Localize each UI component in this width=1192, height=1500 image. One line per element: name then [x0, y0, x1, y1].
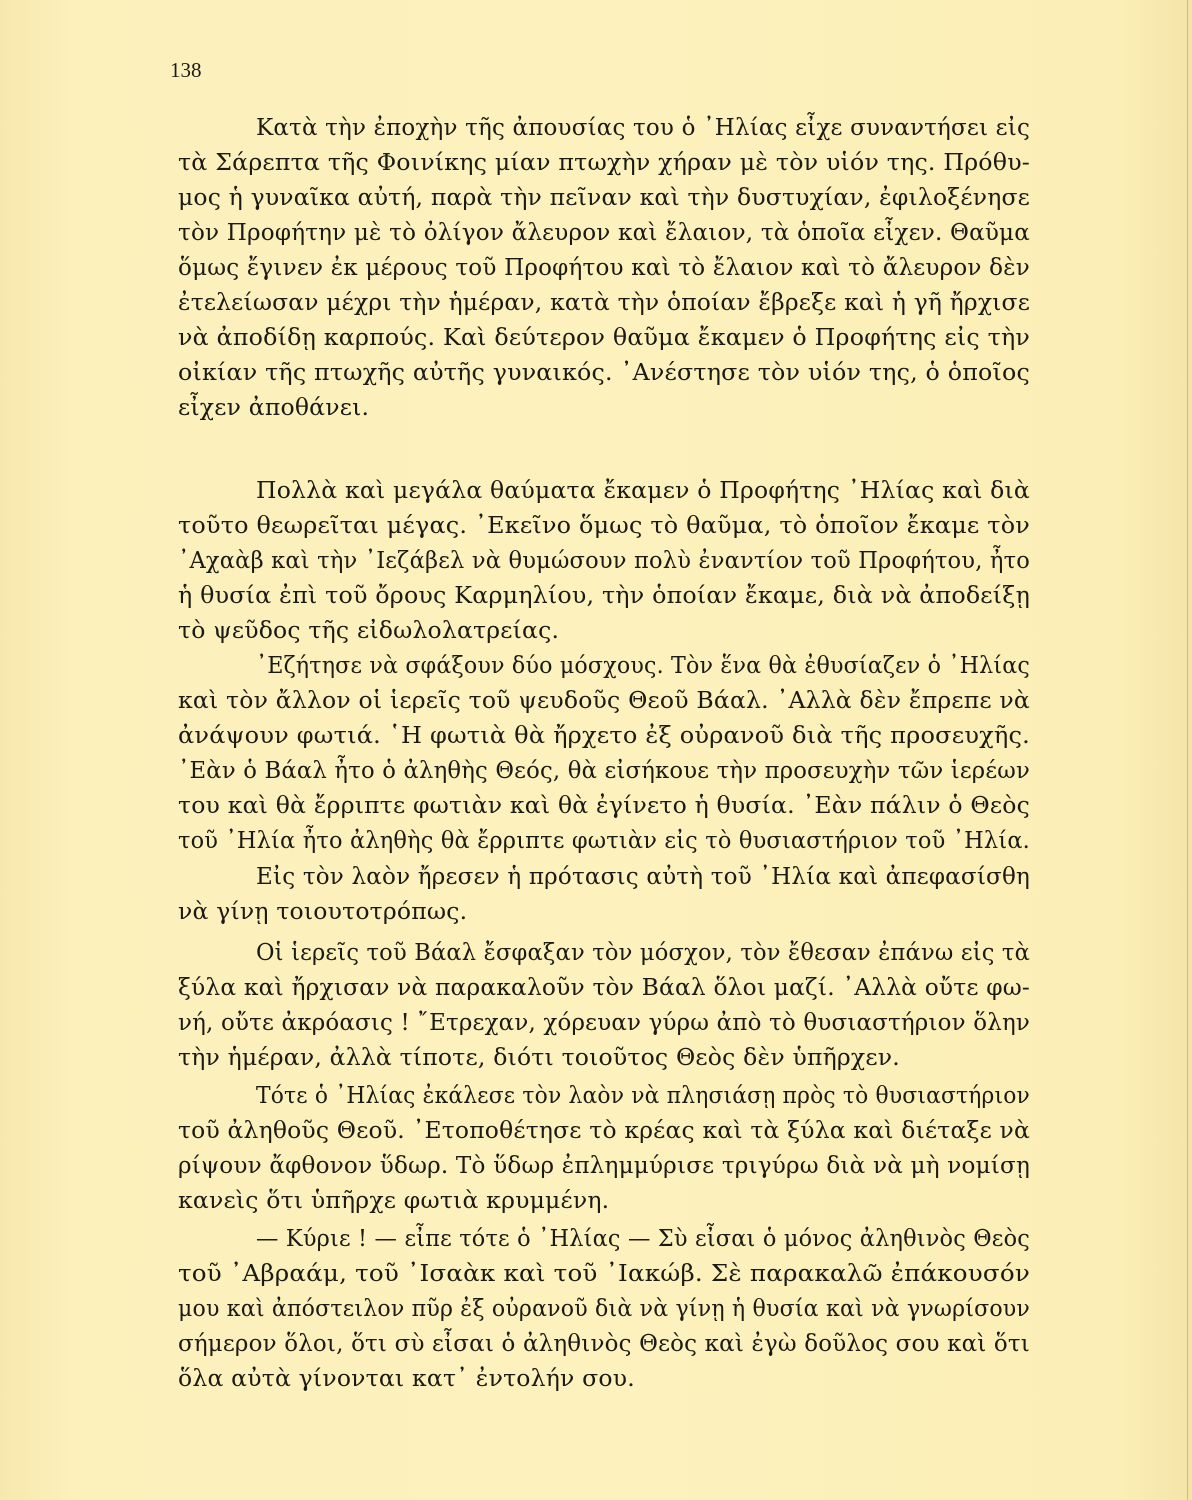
text-line: εἶχεν ἀποθάνει.: [178, 393, 369, 421]
text-line: καὶ τὸν ἄλλον οἱ ἱερεῖς τοῦ ψευδοῦς Θεοῦ…: [178, 686, 1030, 714]
text-line: Πολλὰ καὶ μεγάλα θαύματα ἔκαμεν ὁ Προφήτ…: [256, 476, 1030, 504]
page-edge-line: [1187, 0, 1188, 1500]
text-line: σήμερον ὅλοι, ὅτι σὺ εἶσαι ὁ ἀληθινὸς Θε…: [178, 1329, 1030, 1357]
text-line: ἐτελείωσαν μέχρι τὴν ἡμέραν, κατὰ τὴν ὁπ…: [178, 288, 1030, 316]
book-page: 138 Κατὰ τὴν ἐποχὴν τῆς ἀπουσίας του ὁ ᾿…: [0, 0, 1192, 1500]
text-line: τοῦ ᾿Αβραάμ, τοῦ ᾿Ισαὰκ καὶ τοῦ ᾿Ιακώβ. …: [178, 1259, 1030, 1287]
text-line: τοῦ ᾿Ηλία ἦτο ἀληθὴς θὰ ἔρριπτε φωτιὰν ε…: [178, 826, 1030, 854]
text-line: Κατὰ τὴν ἐποχὴν τῆς ἀπουσίας του ὁ ᾿Ηλία…: [256, 113, 1030, 141]
text-line: ὅλα αὐτὰ γίνονται κατ᾿ ἐντολήν σου.: [178, 1364, 635, 1392]
text-line: τοῦ ἀληθοῦς Θεοῦ. ᾿Ετοποθέτησε τὸ κρέας …: [178, 1116, 1030, 1144]
text-line: ξύλα καὶ ἤρχισαν νὰ παρακαλοῦν τὸν Βάαλ …: [178, 973, 1030, 1001]
text-line: Οἱ ἱερεῖς τοῦ Βάαλ ἔσφαξαν τὸν μόσχον, τ…: [256, 938, 1030, 966]
text-line: οἰκίαν τῆς πτωχῆς αὐτῆς γυναικός. ᾿Ανέστ…: [178, 358, 1030, 386]
page-number: 138: [170, 58, 202, 83]
text-line: τὸν Προφήτην μὲ τὸ ὀλίγον ἄλευρον καὶ ἔλ…: [178, 218, 1030, 246]
text-line: μου καὶ ἀπόστειλον πῦρ ἐξ οὐρανοῦ διὰ νὰ…: [178, 1294, 1030, 1322]
text-line: κανεὶς ὅτι ὑπῆρχε φωτιὰ κρυμμένη.: [178, 1186, 609, 1214]
text-line: νὰ ἀποδίδῃ καρπούς. Καὶ δεύτερον θαῦμα ἔ…: [178, 323, 1030, 351]
text-line: μος ἡ γυναῖκα αὐτή, παρὰ τὴν πεῖναν καὶ …: [178, 183, 1030, 211]
text-line: ᾿Αχαὰβ καὶ τὴν ᾿Ιεζάβελ νὰ θυμώσουν πολὺ…: [178, 546, 1030, 574]
text-line: Εἰς τὸν λαὸν ἤρεσεν ἡ πρότασις αὐτὴ τοῦ …: [256, 862, 1030, 890]
text-line: νή, οὔτε ἀκρόασις ! ῎Ετρεχαν, χόρευαν γύ…: [178, 1008, 1030, 1036]
text-line: ρίψουν ἄφθονον ὕδωρ. Τὸ ὕδωρ ἐπλημμύρισε…: [178, 1151, 1030, 1179]
text-line: τὸ ψεῦδος τῆς εἰδωλολατρείας.: [178, 616, 559, 644]
text-line: ὅμως ἔγινεν ἐκ μέρους τοῦ Προφήτου καὶ τ…: [178, 253, 1030, 281]
text-line: Τότε ὁ ᾿Ηλίας ἐκάλεσε τὸν λαὸν νὰ πλησιά…: [256, 1081, 1030, 1109]
text-line: ᾿Εὰν ὁ Βάαλ ἦτο ὁ ἀληθὴς Θεός, θὰ εἰσήκο…: [178, 756, 1030, 784]
text-line: τὰ Σάρεπτα τῆς Φοινίκης μίαν πτωχὴν χήρα…: [178, 148, 1030, 176]
text-line: τὴν ἡμέραν, ἀλλὰ τίποτε, διότι τοιοῦτος …: [178, 1043, 900, 1071]
text-line: νὰ γίνῃ τοιουτοτρόπως.: [178, 897, 467, 925]
text-line: ἡ θυσία ἐπὶ τοῦ ὄρους Καρμηλίου, τὴν ὁπο…: [178, 581, 1030, 609]
text-line: ἀνάψουν φωτιά. ῾Η φωτιὰ θὰ ἤρχετο ἐξ οὐρ…: [178, 721, 1030, 749]
text-line: του καὶ θὰ ἔρριπτε φωτιὰν καὶ θὰ ἐγίνετο…: [178, 791, 1030, 819]
text-line: ᾿Εζήτησε νὰ σφάξουν δύο μόσχους. Τὸν ἕνα…: [256, 651, 1030, 679]
text-line: τοῦτο θεωρεῖται μέγας. ᾿Εκεῖνο ὅμως τὸ θ…: [178, 511, 1030, 539]
text-line: — Κύριε ! — εἶπε τότε ὁ ᾿Ηλίας — Σὺ εἶσα…: [256, 1224, 1030, 1252]
